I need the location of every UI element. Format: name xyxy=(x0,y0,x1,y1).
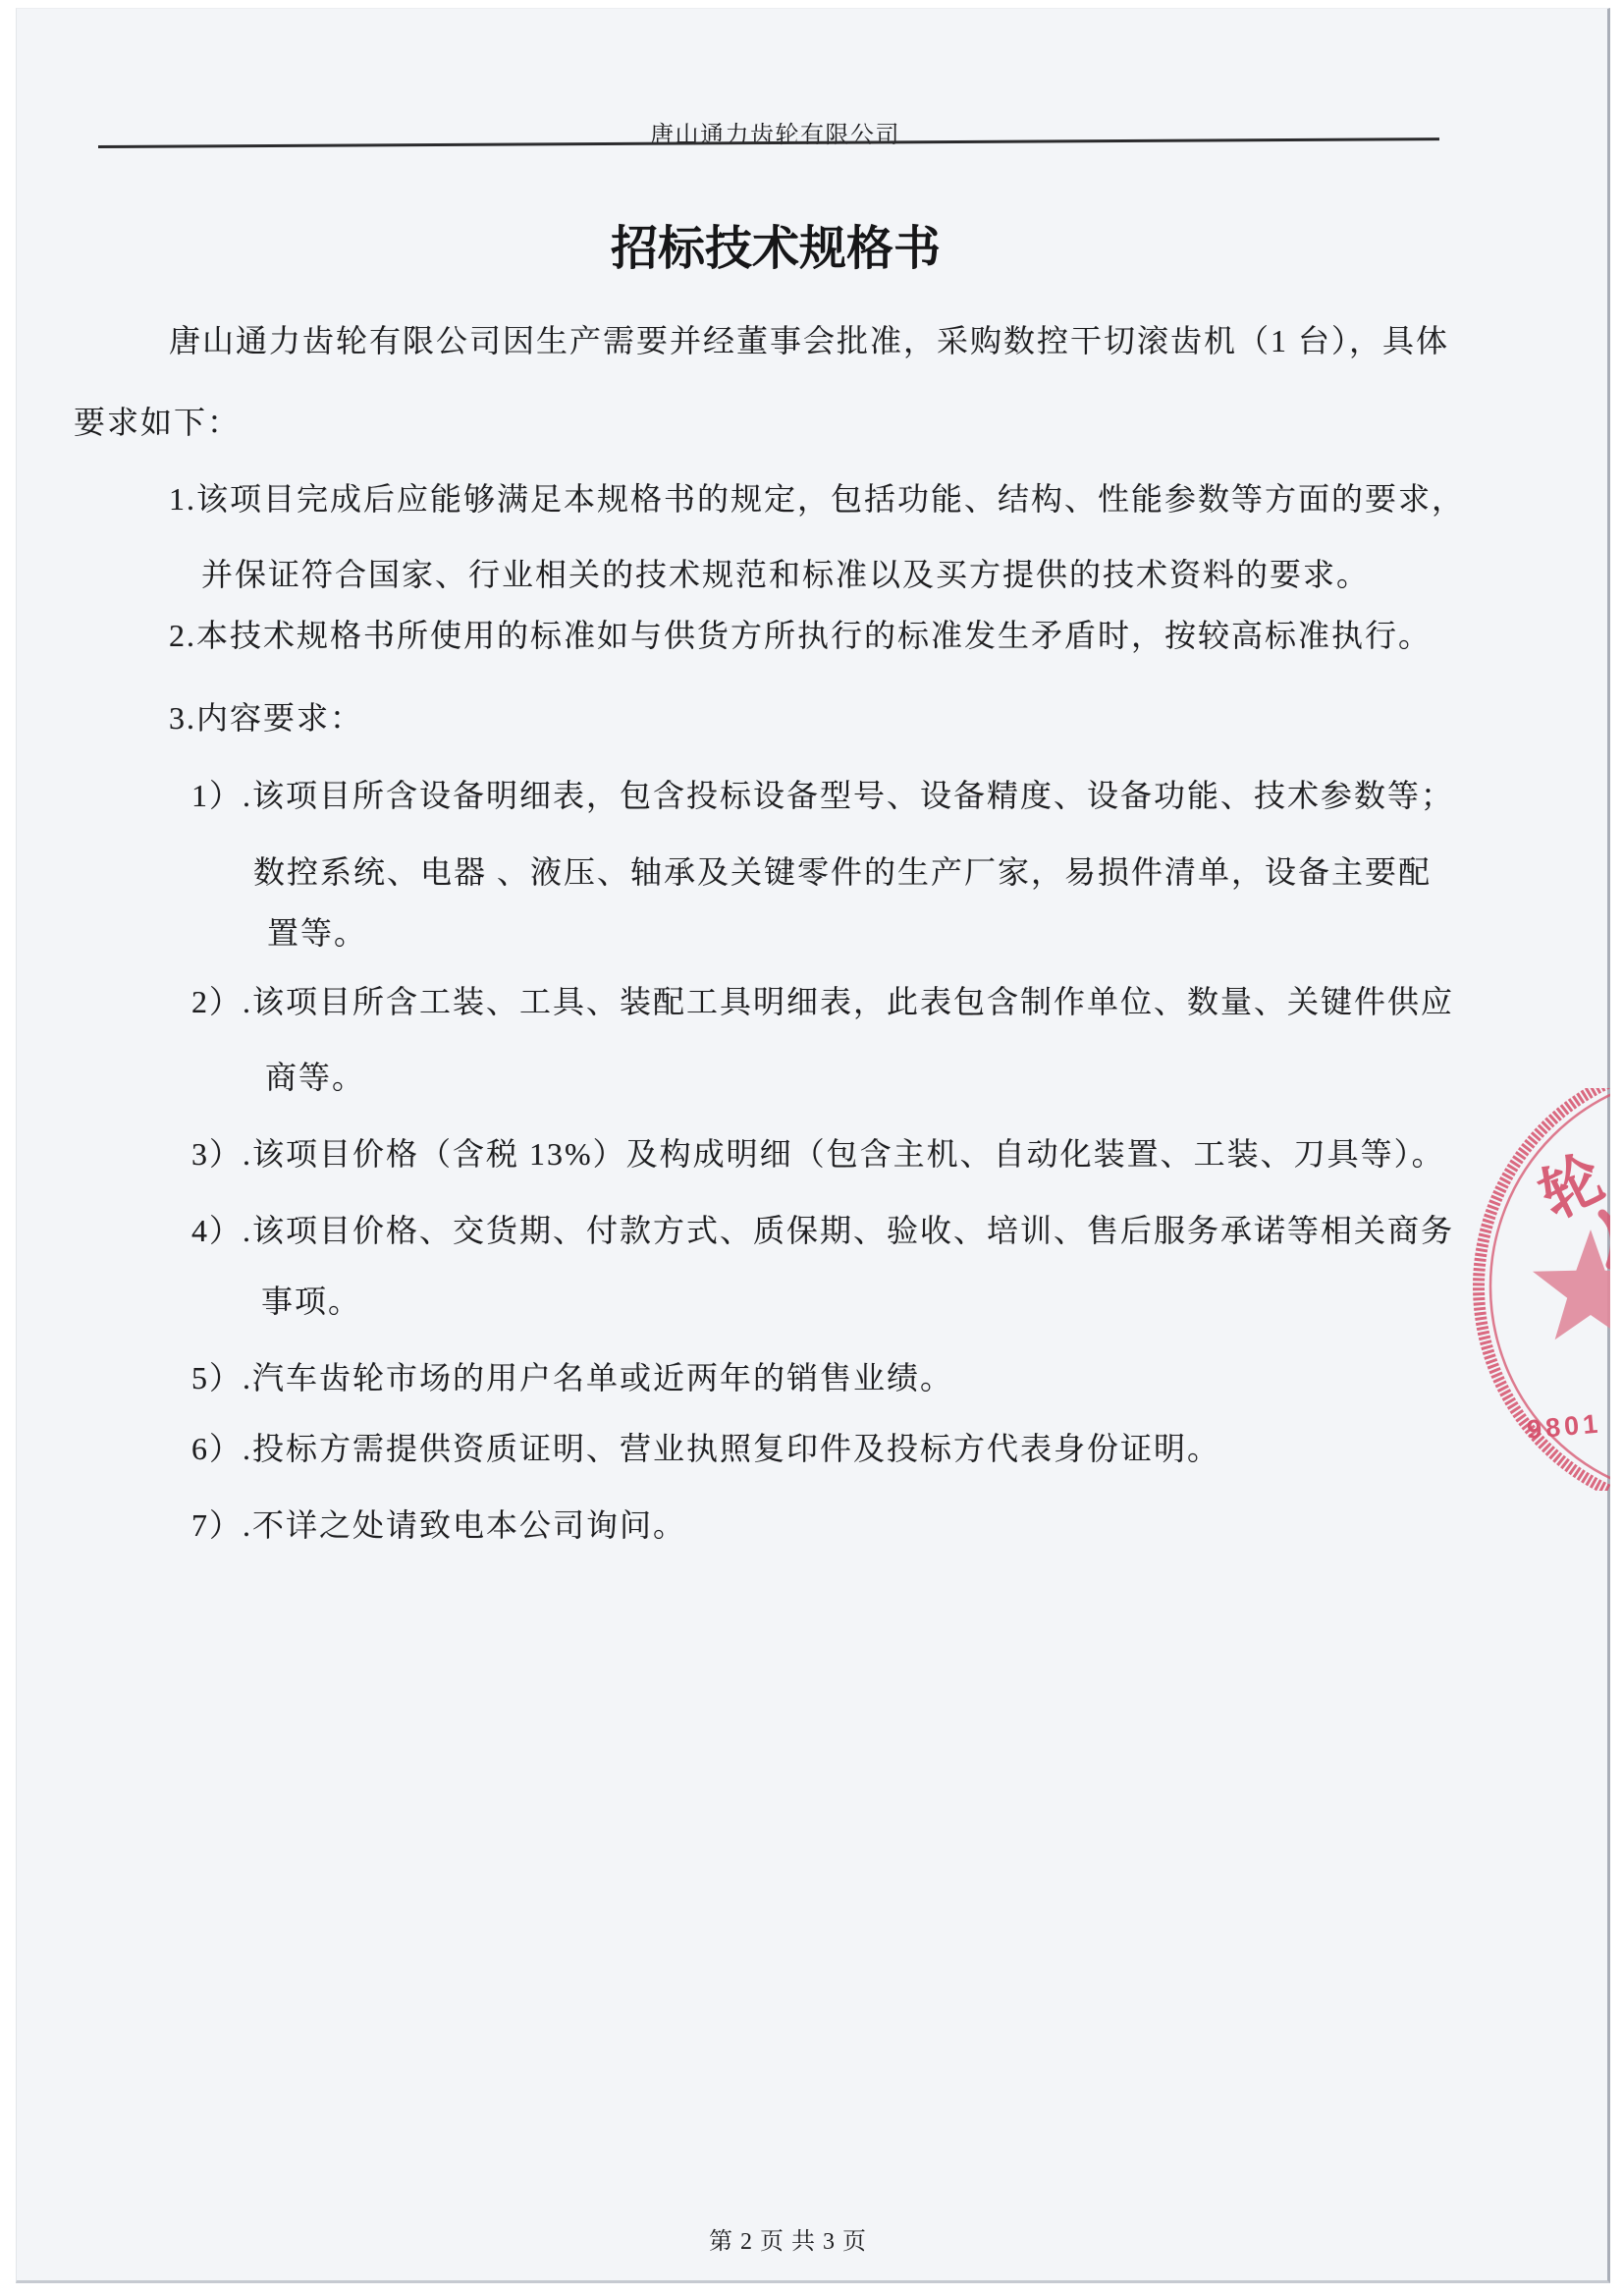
body-line: 要求如下： xyxy=(74,398,241,443)
page-title: 招标技术规格书 xyxy=(611,210,941,278)
body-line: 6）.投标方需提供资质证明、营业执照复印件及投标方代表身份证明。 xyxy=(191,1424,1220,1469)
body-line: 置等。 xyxy=(267,908,367,954)
body-line: 唐山通力齿轮有限公司因生产需要并经董事会批准，采购数控干切滚齿机（1 台），具体 xyxy=(169,316,1449,361)
body-line: 4）.该项目价格、交货期、付款方式、质保期、验收、培训、售后服务承诺等相关商务 xyxy=(191,1206,1454,1251)
scanned-page: 唐山通力齿轮有限公司 招标技术规格书 唐山通力齿轮有限公司因生产需要并经董事会批… xyxy=(0,0,1623,2296)
body-line: 2）.该项目所含工装、工具、装配工具明细表，此表包含制作单位、数量、关键件供应 xyxy=(191,977,1454,1022)
company-seal-stamp: 轮 9801 xyxy=(1473,1088,1623,1491)
body-line: 7）.不详之处请致电本公司询问。 xyxy=(191,1501,686,1546)
footer-page-indicator: 第 2 页 共 3 页 xyxy=(709,2221,867,2256)
body-line: 数控系统、电器 、液压、轴承及关键零件的生产厂家，易损件清单，设备主要配 xyxy=(253,847,1432,893)
body-line: 5）.汽车齿轮市场的用户名单或近两年的销售业绩。 xyxy=(191,1353,953,1398)
scan-margin-top xyxy=(0,0,1623,8)
body-line: 2.本技术规格书所使用的标准如与供货方所执行的标准发生矛盾时，按较高标准执行。 xyxy=(169,611,1432,656)
body-line: 1.该项目完成后应能够满足本规格书的规定，包括功能、结构、性能参数等方面的要求， xyxy=(169,474,1465,519)
body-line: 1）.该项目所含设备明细表，包含投标设备型号、设备精度、设备功能、技术参数等； xyxy=(191,771,1454,816)
body-line: 事项。 xyxy=(261,1277,361,1322)
body-line: 3.内容要求： xyxy=(169,693,363,738)
scan-margin-left xyxy=(0,0,16,2296)
body-line: 并保证符合国家、行业相关的技术规范和标准以及买方提供的技术资料的要求。 xyxy=(201,550,1370,595)
body-line: 商等。 xyxy=(265,1053,365,1098)
seal-serial-number: 9801 xyxy=(1526,1408,1602,1445)
body-line: 3）.该项目价格（含税 13%）及构成明细（包含主机、自动化装置、工装、刀具等）… xyxy=(191,1129,1445,1175)
scan-margin-bottom xyxy=(0,2283,1623,2296)
scan-margin-right xyxy=(1610,0,1623,2296)
